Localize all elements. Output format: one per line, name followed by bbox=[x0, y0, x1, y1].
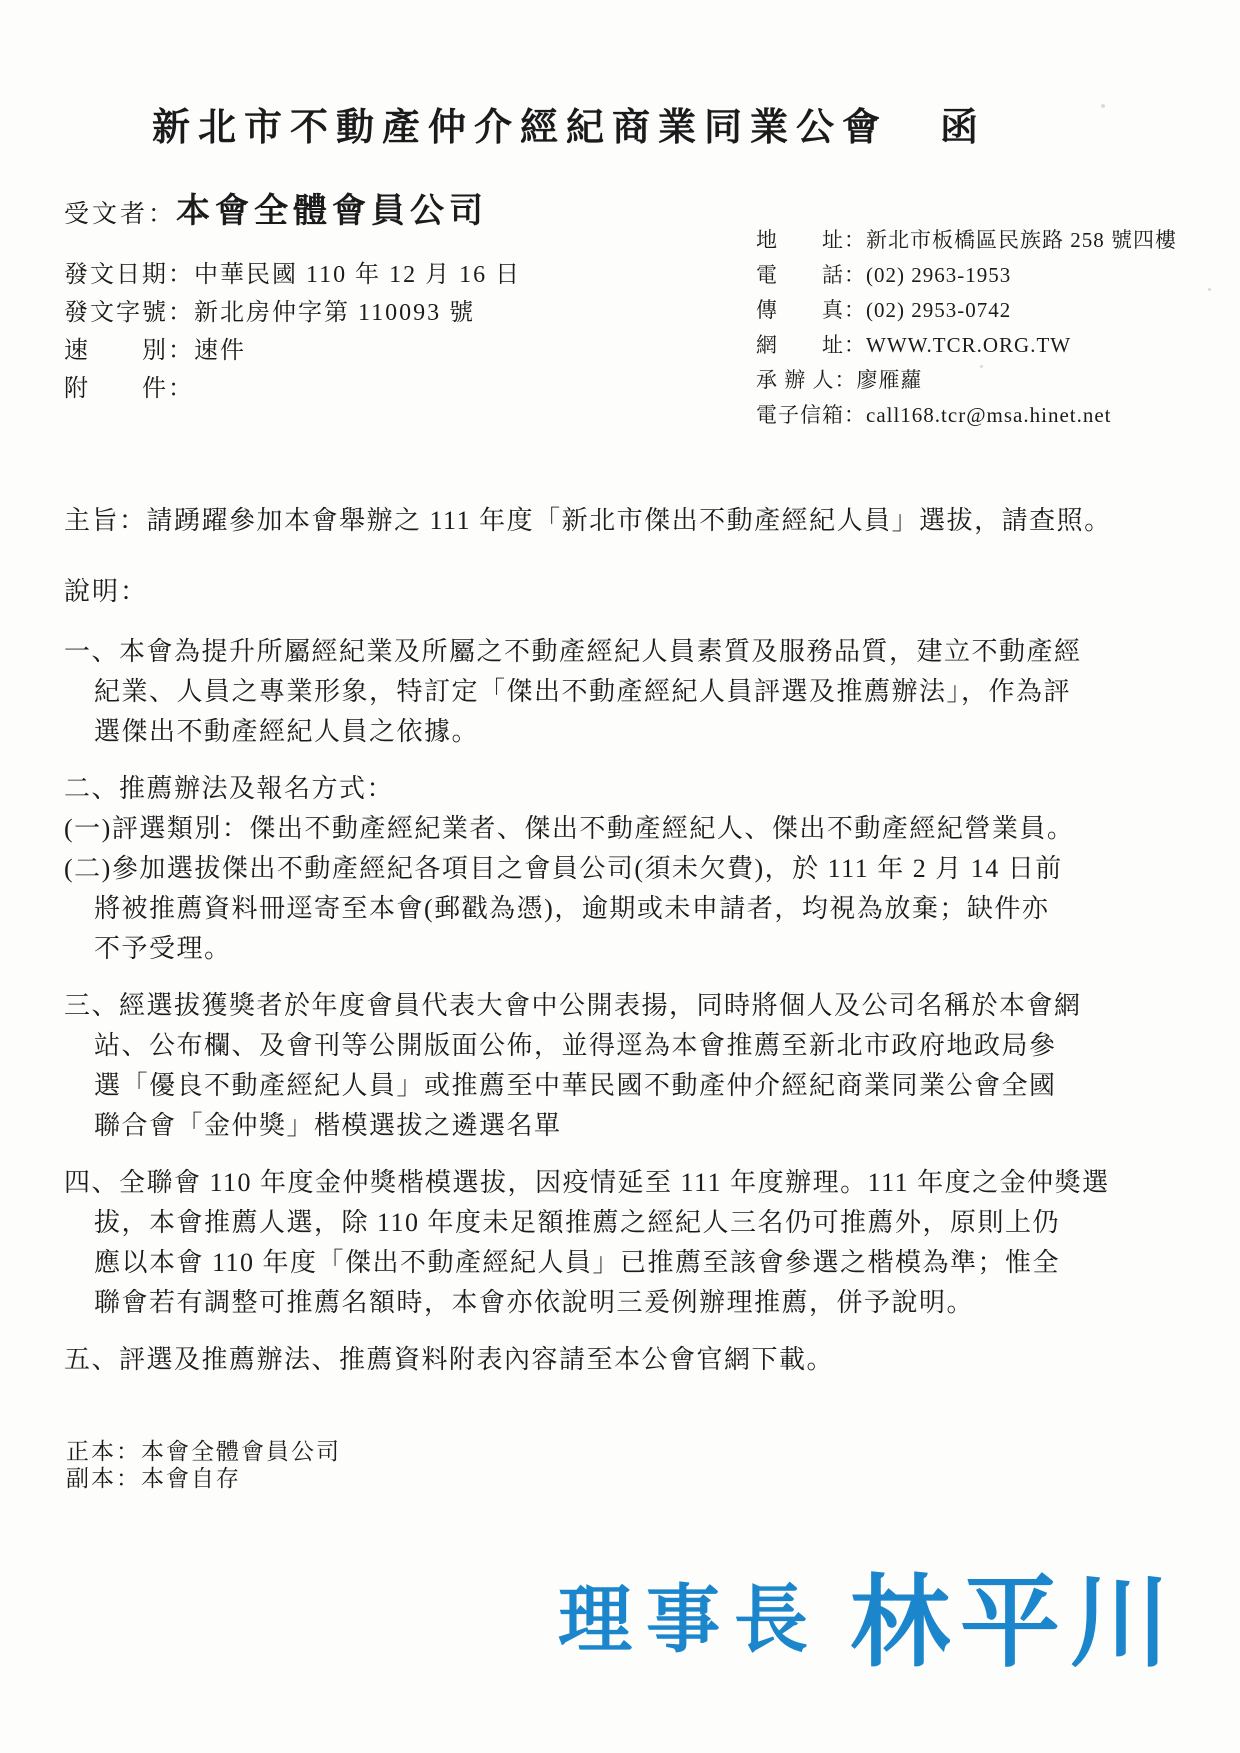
body-line: 五、評選及推薦辦法、推薦資料附表內容請至本公會官網下載。 bbox=[64, 1340, 1240, 1380]
copy-row: 正本：本會全體會員公司 bbox=[66, 1438, 1240, 1465]
meta-row: 電子信箱：call168.tcr@msa.hinet.net bbox=[756, 399, 1177, 434]
meta-row: 電 話：(02) 2963-1953 bbox=[756, 259, 1177, 294]
copy-label: 正本： bbox=[66, 1439, 141, 1464]
subject-line: 主旨：請踴躍參加本會舉辦之 111 年度「新北市傑出不動產經紀人員」選拔，請查照… bbox=[64, 500, 1240, 537]
copy-value: 本會自存 bbox=[141, 1466, 241, 1491]
copies-block: 正本：本會全體會員公司 副本：本會自存 bbox=[66, 1438, 1240, 1492]
title-text: 新北市不動產仲介經紀商業同業公會 bbox=[152, 107, 888, 149]
body-line: 二、推薦辦法及報名方式： bbox=[64, 769, 1240, 809]
body-line: (一)評選類別：傑出不動產經紀業者、傑出不動產經紀人、傑出不動產經紀營業員。 bbox=[64, 809, 1240, 849]
meta-value: (02) 2953-0742 bbox=[866, 298, 1011, 322]
body-line: 一、本會為提升所屬經紀業及所屬之不動產經紀人員素質及服務品質，建立不動產經 bbox=[64, 632, 1240, 672]
meta-value: 中華民國 110 年 12 月 16 日 bbox=[194, 262, 521, 288]
meta-value: WWW.TCR.ORG.TW bbox=[866, 333, 1071, 357]
signature-chairman-name: 林平川 bbox=[850, 1542, 1180, 1686]
body-line: 聯合會「金仲獎」楷模選拔之遴選名單 bbox=[64, 1106, 1240, 1146]
body-line: 聯會若有調整可推薦名額時，本會亦依說明三爰例辦理推薦，併予說明。 bbox=[64, 1283, 1240, 1323]
body-line: 紀業、人員之專業形象，特訂定「傑出不動產經紀人員評選及推薦辦法」，作為評 bbox=[64, 672, 1240, 712]
meta-value: 速件 bbox=[194, 338, 246, 364]
body-line: 拔，本會推薦人選，除 110 年度未足額推薦之經紀人三名仍可推薦外，原則上仍 bbox=[64, 1203, 1240, 1243]
body-line: 三、經選拔獲獎者於年度會員代表大會中公開表揚，同時將個人及公司名稱於本會網 bbox=[64, 986, 1240, 1026]
meta-row: 地 址：新北市板橋區民族路 258 號四樓 bbox=[756, 224, 1177, 259]
meta-label: 發文字號： bbox=[64, 300, 194, 326]
meta-label: 網 址： bbox=[756, 333, 866, 357]
explanation-body: 一、本會為提升所屬經紀業及所屬之不動產經紀人員素質及服務品質，建立不動產經紀業、… bbox=[64, 632, 1240, 1380]
scan-speck bbox=[980, 365, 983, 368]
body-line: 將被推薦資料冊逕寄至本會(郵戳為憑)，逾期或未申請者，均視為放棄；缺件亦 bbox=[64, 889, 1240, 929]
body-line: 選傑出不動產經紀人員之依據。 bbox=[64, 712, 1240, 752]
signature-block: 理事長 林平川 bbox=[558, 1542, 1240, 1686]
signature-chairman-title: 理事長 bbox=[558, 1561, 822, 1667]
meta-row: 網 址：WWW.TCR.ORG.TW bbox=[756, 329, 1177, 364]
title-doc-type: 函 bbox=[940, 107, 986, 149]
copy-row: 副本：本會自存 bbox=[66, 1465, 1240, 1492]
explanation-heading: 說明： bbox=[64, 571, 1240, 608]
meta-value: (02) 2963-1953 bbox=[866, 263, 1011, 287]
meta-value: 廖雁蘿 bbox=[857, 368, 923, 392]
meta-row: 承 辦 人：廖雁蘿 bbox=[756, 364, 1177, 399]
subject-text: 請踴躍參加本會舉辦之 111 年度「新北市傑出不動產經紀人員」選拔，請查照。 bbox=[147, 506, 1112, 535]
copy-value: 本會全體會員公司 bbox=[141, 1439, 341, 1464]
meta-label: 傳 真： bbox=[756, 298, 866, 322]
meta-label: 發文日期： bbox=[64, 262, 194, 288]
body-line: (二)參加選拔傑出不動產經紀各項目之會員公司(須未欠費)，於 111 年 2 月… bbox=[64, 849, 1240, 889]
body-line: 選「優良不動產經紀人員」或推薦至中華民國不動產仲介經紀商業同業公會全國 bbox=[64, 1066, 1240, 1106]
meta-value: call168.tcr@msa.hinet.net bbox=[866, 403, 1112, 427]
scan-speck bbox=[1101, 104, 1105, 108]
scan-speck bbox=[1208, 288, 1211, 291]
meta-label: 電子信箱： bbox=[756, 403, 866, 427]
meta-label: 承 辦 人： bbox=[756, 368, 857, 392]
body-line: 應以本會 110 年度「傑出不動產經紀人員」已推薦至該會參選之楷模為準；惟全 bbox=[64, 1243, 1240, 1283]
meta-value: 新北市板橋區民族路 258 號四樓 bbox=[866, 228, 1177, 252]
document-title: 新北市不動產仲介經紀商業同業公會函 bbox=[152, 0, 1240, 151]
subject-label: 主旨： bbox=[64, 506, 147, 535]
meta-label: 地 址： bbox=[756, 228, 866, 252]
meta-right-column: 地 址：新北市板橋區民族路 258 號四樓 電 話：(02) 2963-1953… bbox=[756, 224, 1177, 434]
meta-label: 電 話： bbox=[756, 263, 866, 287]
meta-label: 速 別： bbox=[64, 338, 194, 364]
meta-value: 新北房仲字第 110093 號 bbox=[194, 300, 475, 326]
body-line: 不予受理。 bbox=[64, 929, 1240, 969]
meta-row: 傳 真：(02) 2953-0742 bbox=[756, 294, 1177, 329]
recipient-label: 受文者： bbox=[64, 194, 176, 230]
body-line: 站、公布欄、及會刊等公開版面公佈，並得逕為本會推薦至新北市政府地政局參 bbox=[64, 1026, 1240, 1066]
copy-label: 副本： bbox=[66, 1466, 141, 1491]
meta-section: 發文日期：中華民國 110 年 12 月 16 日 發文字號：新北房仲字第 11… bbox=[0, 232, 1240, 482]
recipient-value: 本會全體會員公司 bbox=[176, 183, 488, 232]
body-line: 四、全聯會 110 年度金仲獎楷模選拔，因疫情延至 111 年度辦理。111 年… bbox=[64, 1163, 1240, 1203]
document-page: 新北市不動產仲介經紀商業同業公會函 受文者： 本會全體會員公司 發文日期：中華民… bbox=[0, 0, 1240, 1753]
meta-label: 附 件： bbox=[64, 376, 194, 402]
